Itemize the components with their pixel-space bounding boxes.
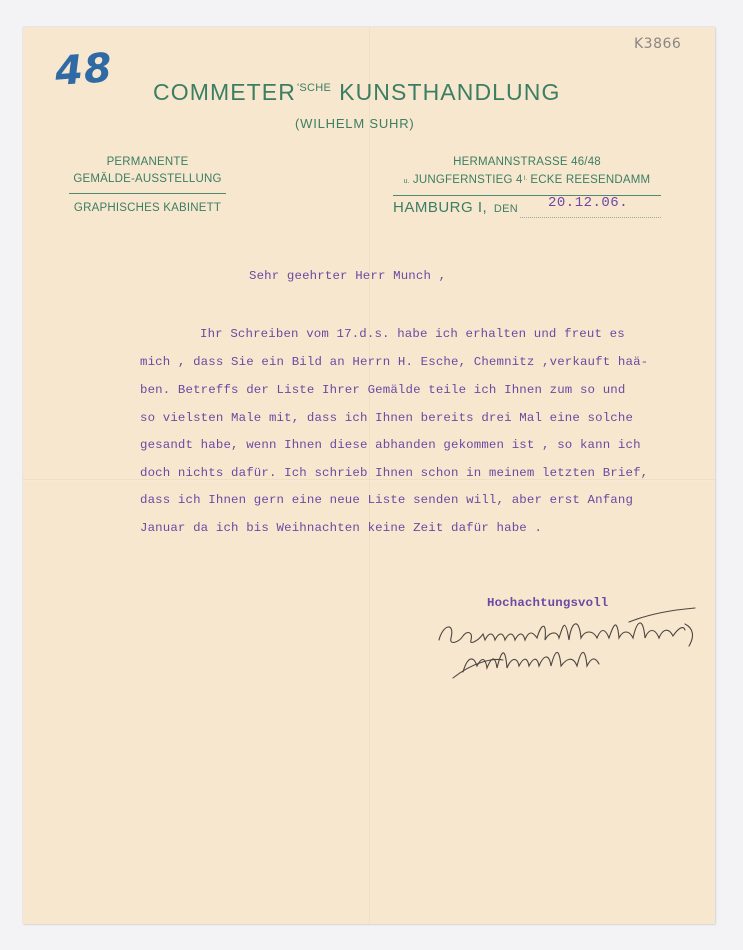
pencil-catalog-number: K3866 [634, 36, 681, 52]
letter-page: 48 K3866 COMMETER'SCHEKUNSTHANDLUNG (WIL… [23, 27, 715, 924]
body-line: Januar da ich bis Weihnachten keine Zeit… [140, 521, 542, 535]
handwritten-archive-number: 48 [53, 45, 114, 95]
address-line2-sup: I. [524, 176, 528, 182]
exhibition-label-line1: PERMANENTE [69, 154, 226, 171]
address-line2-street: JUNGFERNSTIEG 4 [413, 174, 523, 186]
firm-name-superscript: 'SCHE [297, 82, 331, 94]
city-label: HAMBURG I, [393, 199, 487, 216]
body-line: doch nichts dafür. Ich schrieb Ihnen sch… [140, 466, 648, 480]
date-dotted-line [520, 216, 661, 218]
address-line2-suffix: ECKE REESENDAMM [530, 174, 650, 186]
address-line2-prefix: u. [404, 178, 410, 185]
body-line: mich , dass Sie ein Bild an Herrn H. Esc… [140, 355, 648, 369]
address-line2: u.JUNGFERNSTIEG 4I.ECKE REESENDAMM [393, 171, 661, 190]
address-line1: HERMANNSTRASSE 46/48 [393, 154, 661, 171]
letterhead-left-column: PERMANENTE GEMÄLDE-AUSSTELLUNG GRAPHISCH… [69, 154, 226, 217]
den-label: DEN [494, 203, 518, 215]
cabinet-label: GRAPHISCHES KABINETT [69, 200, 226, 217]
firm-name-part1: COMMETER [153, 79, 296, 105]
letter-date: 20.12.06. [548, 195, 628, 211]
body-line: so vielsten Male mit, dass ich Ihnen ber… [140, 411, 633, 425]
letterhead-owner: (WILHELM SUHR) [295, 116, 415, 131]
exhibition-label-line2: GEMÄLDE-AUSSTELLUNG [69, 171, 226, 188]
body-line: dass ich Ihnen gern eine neue Liste send… [140, 493, 633, 507]
city-date-label: HAMBURG I, DEN [393, 199, 518, 216]
body-line: Ihr Schreiben vom 17.d.s. habe ich erhal… [200, 327, 625, 341]
firm-name-part2: KUNSTHANDLUNG [339, 79, 560, 105]
signature-scribble-icon [433, 602, 723, 682]
body-line: gesandt habe, wenn Ihnen diese abhanden … [140, 438, 641, 452]
salutation: Sehr geehrter Herr Munch , [249, 269, 446, 283]
body-line: ben. Betreffs der Liste Ihrer Gemälde te… [140, 383, 625, 397]
letterhead-firm-name: COMMETER'SCHEKUNSTHANDLUNG [153, 79, 560, 106]
handwritten-signature: Commeter'sche Kunsthandlung Wilhelm Suhr [433, 602, 723, 682]
left-divider-rule [69, 193, 226, 194]
